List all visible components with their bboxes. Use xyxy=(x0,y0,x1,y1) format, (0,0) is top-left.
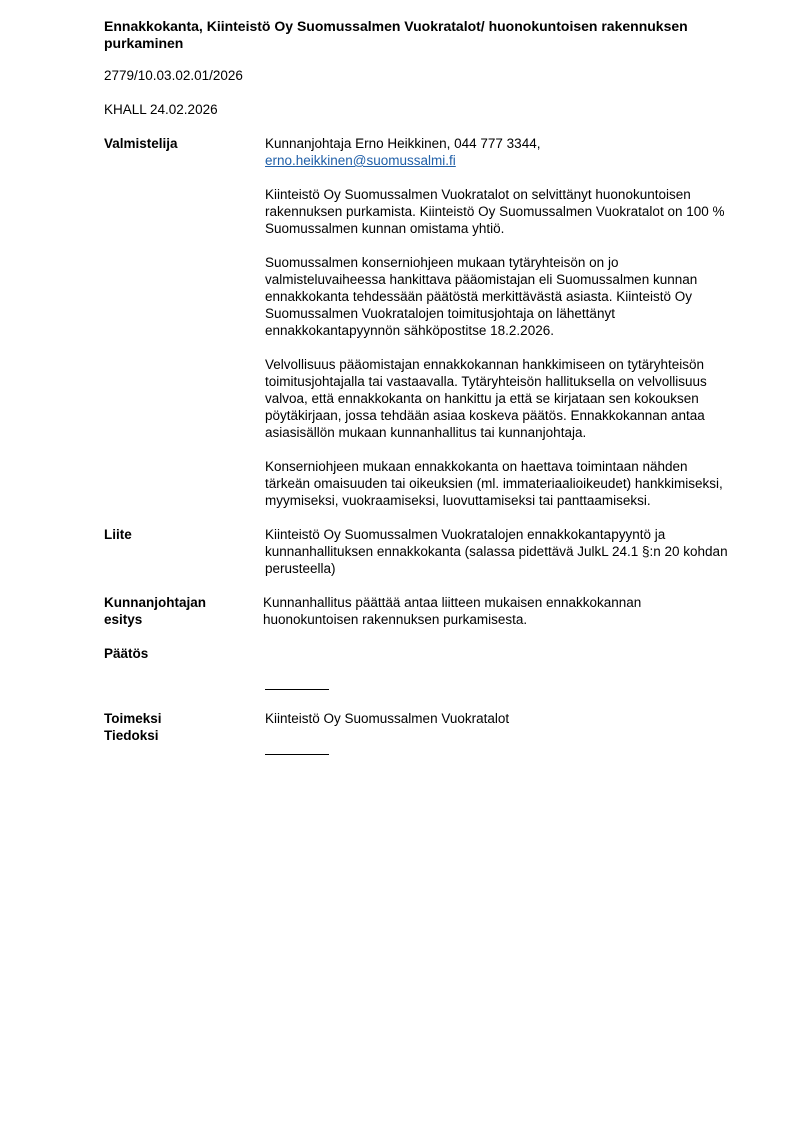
section-valmistelija: Valmistelija Kunnanjohtaja Erno Heikkine… xyxy=(104,135,744,509)
separator-line xyxy=(265,754,329,755)
recipients-text: Kiinteistö Oy Suomussalmen Vuokratalot xyxy=(265,710,735,727)
label-line: esitys xyxy=(104,612,142,627)
preparer-email-link[interactable]: erno.heikkinen@suomussalmi.fi xyxy=(265,153,456,168)
section-content-paatos xyxy=(265,645,735,662)
paragraph: Kiinteistö Oy Suomussalmen Vuokratalot o… xyxy=(265,186,735,237)
preparer-contact: Kunnanjohtaja Erno Heikkinen, 044 777 33… xyxy=(265,135,735,169)
diary-number: 2779/10.03.02.01/2026 xyxy=(104,67,744,84)
paragraph: Konserniohjeen mukaan ennakkokanta on ha… xyxy=(265,458,735,509)
document-page: Ennakkokanta, Kiinteistö Oy Suomussalmen… xyxy=(104,18,744,744)
label-line: Kunnanjohtajan xyxy=(104,595,206,610)
section-label-esitys: Kunnanjohtajan esitys xyxy=(104,594,265,628)
section-esitys: Kunnanjohtajan esitys Kunnanhallitus pää… xyxy=(104,594,744,628)
label-line: Tiedoksi xyxy=(104,728,159,743)
section-liite: Liite Kiinteistö Oy Suomussalmen Vuokrat… xyxy=(104,526,744,577)
section-content-esitys: Kunnanhallitus päättää antaa liitteen mu… xyxy=(263,594,733,628)
section-label-liite: Liite xyxy=(104,526,265,577)
paragraph: Velvollisuus pääomistajan ennakkokannan … xyxy=(265,356,735,441)
section-content-toimeksi: Kiinteistö Oy Suomussalmen Vuokratalot xyxy=(265,710,735,744)
section-content-valmistelija: Kunnanjohtaja Erno Heikkinen, 044 777 33… xyxy=(265,135,735,509)
preparer-contact-text: Kunnanjohtaja Erno Heikkinen, 044 777 33… xyxy=(265,136,540,151)
section-content-liite: Kiinteistö Oy Suomussalmen Vuokratalojen… xyxy=(265,526,735,577)
section-toimeksi: Toimeksi Tiedoksi Kiinteistö Oy Suomussa… xyxy=(104,710,744,744)
label-line: Toimeksi xyxy=(104,711,162,726)
session-info: KHALL 24.02.2026 xyxy=(104,101,744,118)
section-label-toimeksi: Toimeksi Tiedoksi xyxy=(104,710,265,744)
document-title: Ennakkokanta, Kiinteistö Oy Suomussalmen… xyxy=(104,18,734,52)
section-label-paatos: Päätös xyxy=(104,645,265,662)
separator-line xyxy=(265,689,329,690)
section-paatos: Päätös xyxy=(104,645,744,662)
section-label-valmistelija: Valmistelija xyxy=(104,135,265,509)
attachment-text: Kiinteistö Oy Suomussalmen Vuokratalojen… xyxy=(265,526,735,577)
paragraph: Suomussalmen konserniohjeen mukaan tytär… xyxy=(265,254,735,339)
proposal-text: Kunnanhallitus päättää antaa liitteen mu… xyxy=(263,594,733,628)
